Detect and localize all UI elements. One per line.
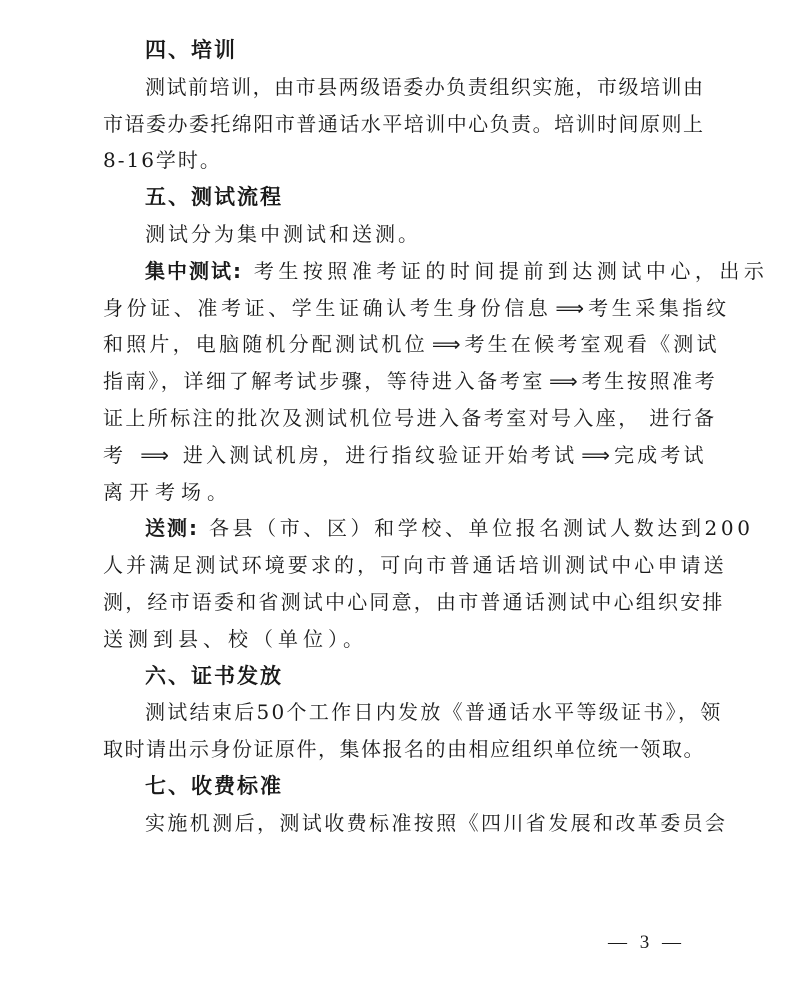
paragraph-line: 送测: 各县（市、区）和学校、单位报名测试人数达到200	[103, 510, 703, 547]
section-heading-training: 四、培训	[103, 32, 703, 69]
paragraph-line: 测试前培训，由市县两级语委办负责组织实施，市级培训由	[103, 69, 703, 106]
paragraph-text: 指南》，详细了解考试步骤，等待进入备考室	[103, 369, 545, 393]
paragraph-line: 离开考场。	[103, 474, 703, 511]
paragraph-line: 考⟹进入测试机房，进行指纹验证开始考试⟹完成考试	[103, 437, 703, 474]
document-page: 四、培训 测试前培训，由市县两级语委办负责组织实施，市级培训由 市语委办委托绵阳…	[103, 32, 703, 842]
paragraph-line: 实施机测后，测试收费标准按照《四川省发展和改革委员会	[103, 805, 703, 842]
paragraph-line: 指南》，详细了解考试步骤，等待进入备考室⟹考生按照准考	[103, 363, 703, 400]
paragraph-text: 各县（市、区）和学校、单位报名测试人数达到200	[199, 516, 754, 540]
paragraph-text: 进入测试机房，进行指纹验证开始考试	[183, 443, 577, 467]
paragraph-text: 考生在候考室观看《测试	[464, 332, 719, 356]
section-heading-certificate: 六、证书发放	[103, 658, 703, 695]
paragraph-text: 考生采集指纹	[588, 296, 730, 320]
arrow-right-icon: ⟹	[432, 332, 461, 356]
paragraph-line: 8-16学时。	[103, 142, 703, 179]
section-heading-fees: 七、收费标准	[103, 768, 703, 805]
paragraph-line: 和照片，电脑随机分配测试机位⟹考生在候考室观看《测试	[103, 326, 703, 363]
paragraph-text: 考生按照准考	[582, 369, 718, 393]
paragraph-line: 测，经市语委和省测试中心同意，由市普通话测试中心组织安排	[103, 584, 703, 621]
delivery-test-label: 送测:	[145, 516, 199, 540]
paragraph-text: 和照片，电脑随机分配测试机位	[103, 332, 428, 356]
paragraph-line: 集中测试: 考生按照准考证的时间提前到达测试中心，出示	[103, 253, 703, 290]
paragraph-text: 完成考试	[614, 443, 707, 467]
paragraph-line: 人并满足测试环境要求的，可向市普通话培训测试中心申请送	[103, 547, 703, 584]
page-number: — 3 —	[608, 932, 685, 954]
paragraph-text: 考	[103, 443, 126, 467]
centralized-test-label: 集中测试:	[145, 259, 243, 283]
paragraph-line: 市语委办委托绵阳市普通话水平培训中心负责。培训时间原则上	[103, 106, 703, 143]
paragraph-text: 身份证、准考证、学生证确认考生身份信息	[103, 296, 551, 320]
paragraph-line: 测试结束后50个工作日内发放《普通话水平等级证书》，领	[103, 694, 703, 731]
paragraph-line: 证上所标注的批次及测试机位号进入备考室对号入座， 进行备	[103, 400, 703, 437]
arrow-right-icon: ⟹	[549, 369, 578, 393]
arrow-right-icon: ⟹	[140, 443, 169, 467]
paragraph-line: 取时请出示身份证原件，集体报名的由相应组织单位统一领取。	[103, 731, 703, 768]
section-heading-test-process: 五、测试流程	[103, 179, 703, 216]
paragraph-text: 考生按照准考证的时间提前到达测试中心，出示	[243, 259, 768, 283]
arrow-right-icon: ⟹	[555, 296, 584, 320]
paragraph-line: 测试分为集中测试和送测。	[103, 216, 703, 253]
paragraph-line: 身份证、准考证、学生证确认考生身份信息⟹考生采集指纹	[103, 290, 703, 327]
paragraph-line: 送测到县、校（单位）。	[103, 621, 703, 658]
arrow-right-icon: ⟹	[581, 443, 610, 467]
